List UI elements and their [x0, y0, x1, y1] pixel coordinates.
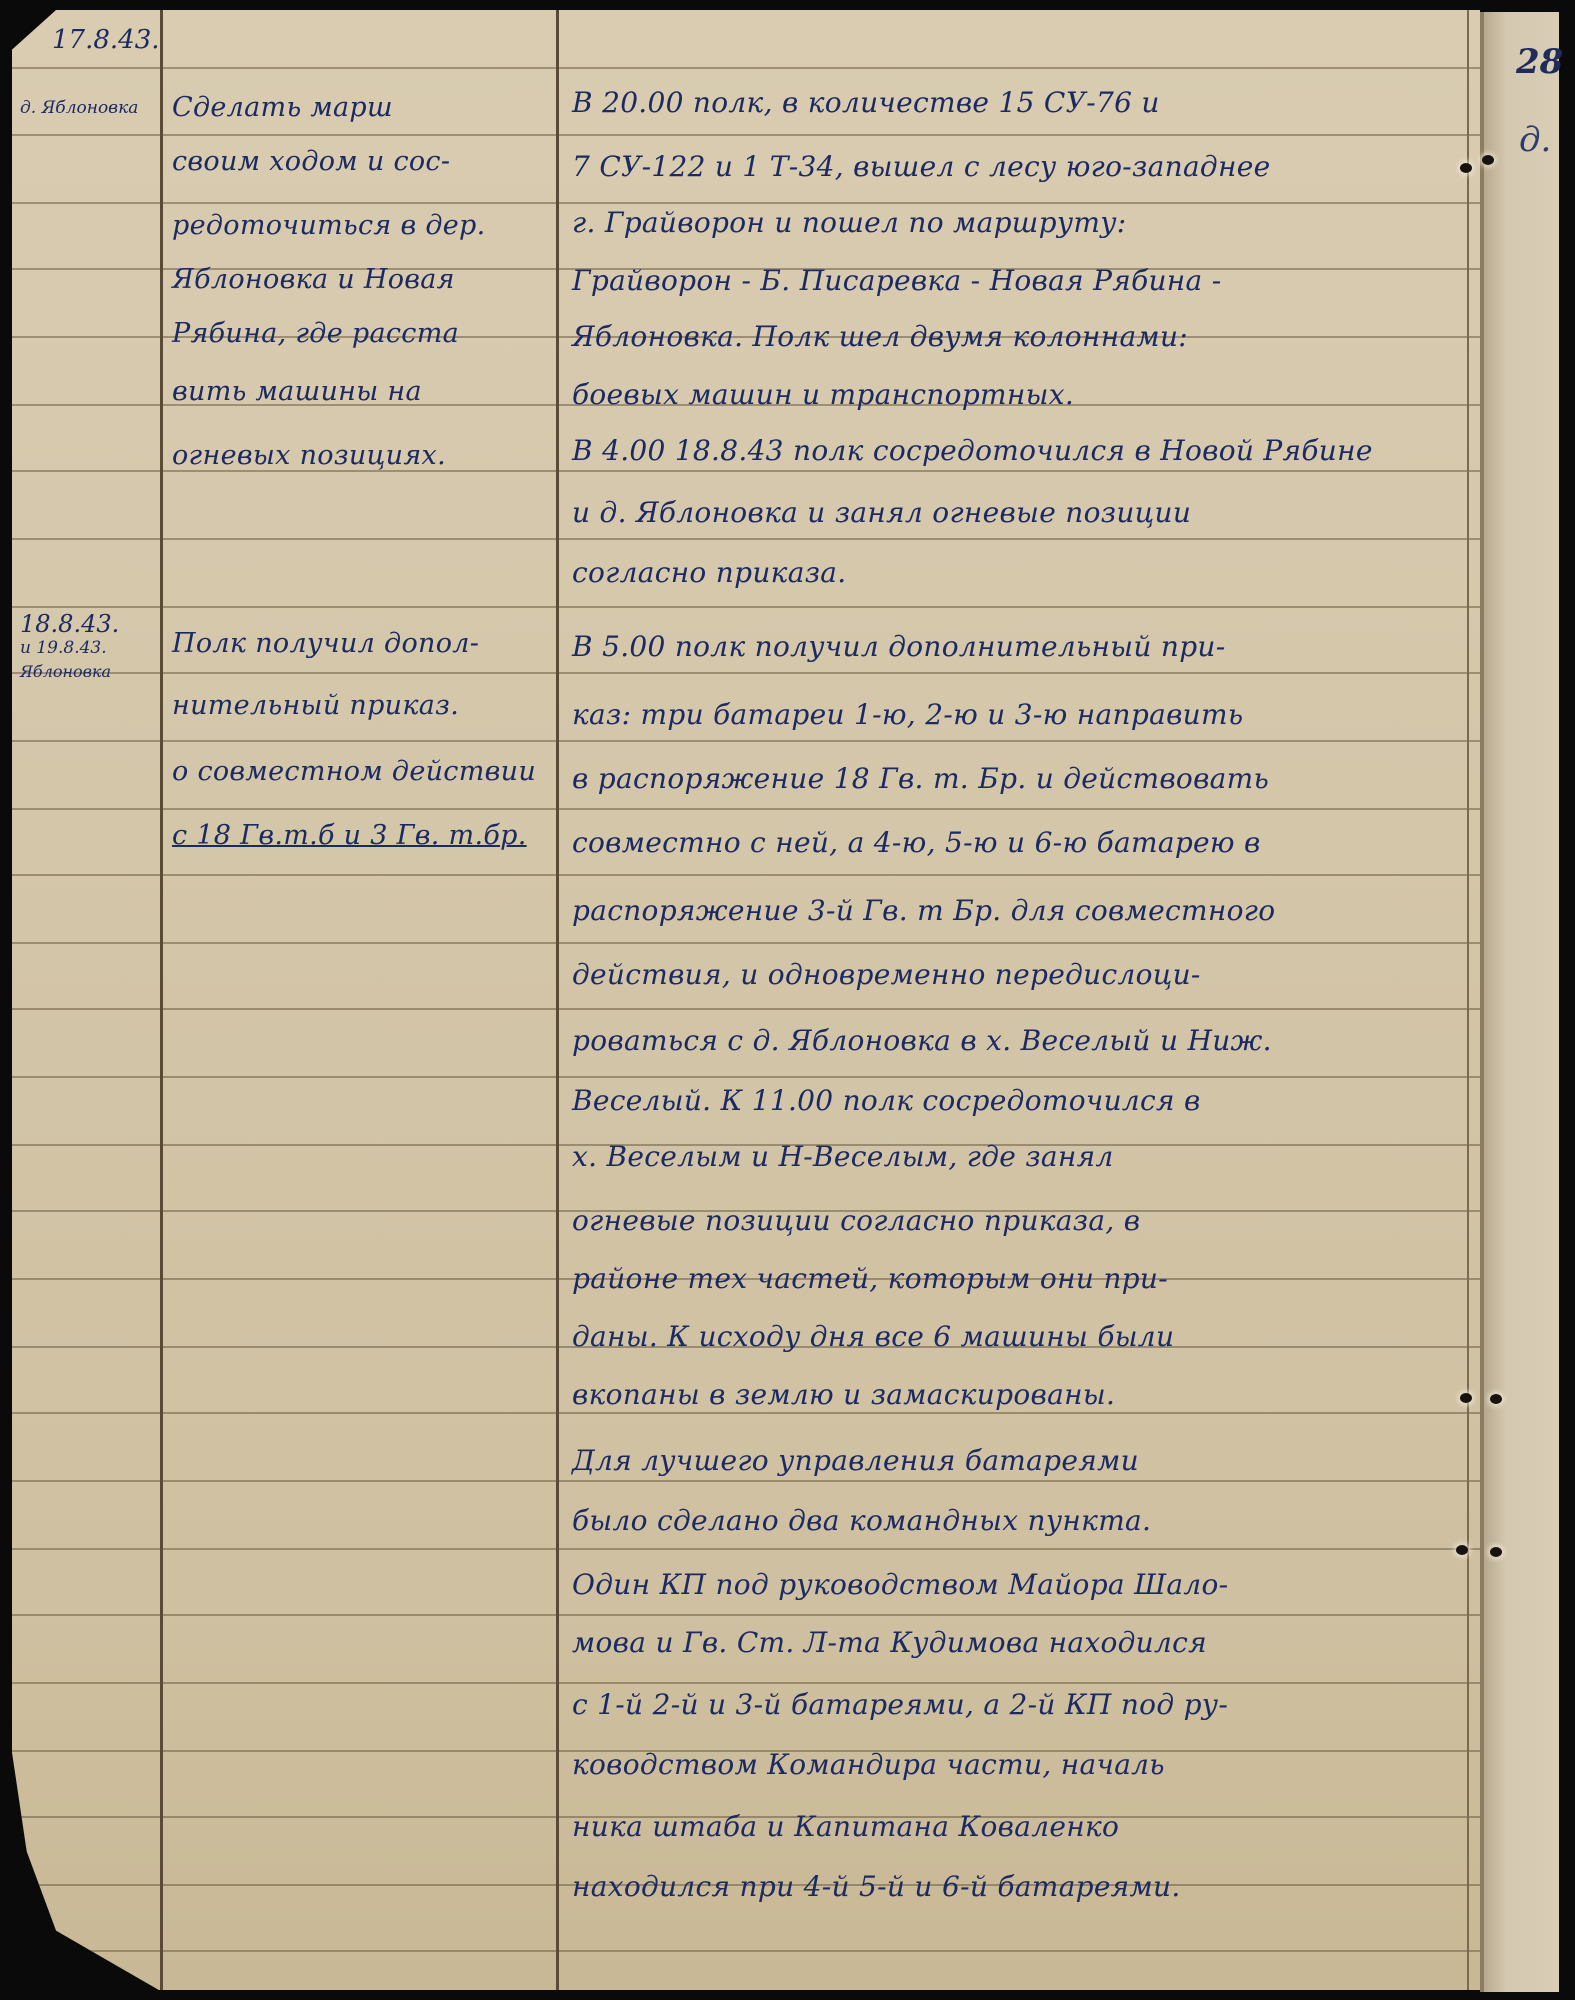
summary-line: Сделать марш [172, 92, 393, 123]
narrative-line: вкопаны в землю и замаскированы. [572, 1378, 1115, 1411]
binder-hole [1490, 1547, 1502, 1557]
narrative-line: мова и Гв. Ст. Л-та Кудимова находился [572, 1626, 1207, 1659]
narrative-line: было сделано два командных пункта. [572, 1504, 1151, 1537]
next-page-letter: д. [1519, 120, 1551, 160]
narrative-line: роваться с д. Яблоновка в х. Веселый и Н… [572, 1024, 1272, 1057]
summary-line: редоточиться в дер. [172, 210, 486, 241]
ruled-line [12, 672, 1480, 674]
ruled-line [12, 942, 1480, 944]
ruled-line [12, 1548, 1480, 1550]
ruled-line [12, 1076, 1480, 1078]
ruled-line [12, 606, 1480, 608]
narrative-line: даны. К исходу дня все 6 машины были [572, 1320, 1174, 1353]
entry-place: Яблоновка [20, 660, 170, 684]
ruled-line [12, 808, 1480, 810]
summary-line: Рябина, где расста [172, 318, 459, 349]
summary-line: огневых позициях. [172, 440, 446, 471]
narrative-line: в распоряжение 18 Гв. т. Бр. и действова… [572, 762, 1269, 795]
narrative-line: совместно с ней, а 4-ю, 5-ю и 6-ю батаре… [572, 826, 1261, 859]
ruled-line [12, 1480, 1480, 1482]
entry-date-secondary: и 19.8.43. [20, 636, 170, 660]
ruled-line [12, 740, 1480, 742]
narrative-line: каз: три батареи 1-ю, 2-ю и 3-ю направит… [572, 698, 1243, 731]
narrative-line: Веселый. К 11.00 полк сосредоточился в [572, 1084, 1201, 1117]
summary-line: Яблоновка и Новая [172, 264, 455, 295]
ruled-line [12, 1412, 1480, 1414]
narrative-line: с 1-й 2-й и 3-й батареями, а 2-й КП под … [572, 1688, 1228, 1721]
entry-1-date-column: 17.8.43. д. Яблоновка [20, 28, 170, 120]
narrative-line: г. Грайворон и пошел по маршруту: [572, 206, 1127, 239]
ruled-line [12, 134, 1480, 136]
binder-hole [1456, 1545, 1468, 1555]
column-divider-summary [556, 10, 559, 1990]
ruled-line [12, 202, 1480, 204]
next-page-edge: 28 д. [1480, 12, 1559, 1992]
narrative-line: Для лучшего управления батареями [572, 1444, 1139, 1477]
narrative-line: В 5.00 полк получил дополнительный при- [572, 630, 1226, 663]
narrative-line: В 20.00 полк, в количестве 15 СУ-76 и [572, 86, 1160, 119]
narrative-line: согласно приказа. [572, 556, 846, 589]
ruled-line [12, 67, 1480, 69]
narrative-line: Яблоновка. Полк шел двумя колоннами: [572, 320, 1188, 353]
ruled-line [12, 1008, 1480, 1010]
entry-date: 17.8.43. [20, 28, 170, 52]
narrative-line: районе тех частей, которым они при- [572, 1262, 1168, 1295]
summary-line: с 18 Гв.т.б и 3 Гв. т.бр. [172, 820, 527, 851]
summary-line: нительный приказ. [172, 690, 459, 721]
narrative-line: Грайворон - Б. Писаревка - Новая Рябина … [572, 264, 1222, 297]
narrative-line: боевых машин и транспортных. [572, 378, 1074, 411]
entry-date: 18.8.43. [20, 612, 170, 636]
ruled-line [12, 538, 1480, 540]
narrative-line: действия, и одновременно передислоци- [572, 958, 1201, 991]
next-page-number: 28 [1516, 42, 1563, 82]
summary-line: Полк получил допол- [172, 628, 479, 659]
summary-line: вить машины на [172, 376, 422, 407]
ruled-line [12, 1614, 1480, 1616]
narrative-line: огневые позиции согласно приказа, в [572, 1204, 1140, 1237]
narrative-line: х. Веселым и Н-Веселым, где занял [572, 1140, 1114, 1173]
entry-2-date-column: 18.8.43. и 19.8.43. Яблоновка [20, 612, 170, 684]
narrative-line: и д. Яблоновка и занял огневые позиции [572, 496, 1191, 529]
narrative-line: ника штаба и Капитана Коваленко [572, 1810, 1119, 1843]
ruled-line [12, 874, 1480, 876]
binder-hole [1482, 155, 1494, 165]
summary-line: своим ходом и сос- [172, 146, 450, 177]
binder-hole [1490, 1394, 1502, 1404]
narrative-line: находился при 4-й 5-й и 6-й батареями. [572, 1870, 1181, 1903]
summary-line: о совместном действии [172, 756, 536, 787]
column-divider-right [1467, 10, 1469, 1990]
narrative-line: Один КП под руководством Майора Шало- [572, 1568, 1228, 1601]
ruled-line [12, 1950, 1480, 1952]
binder-hole [1460, 163, 1472, 173]
narrative-line: ководством Командира части, началь [572, 1748, 1165, 1781]
binder-hole [1460, 1393, 1472, 1403]
column-divider-date [160, 10, 163, 1990]
narrative-line: 7 СУ-122 и 1 Т-34, вышел с лесу юго-запа… [572, 150, 1270, 183]
narrative-line: В 4.00 18.8.43 полк сосредоточился в Нов… [572, 434, 1373, 467]
ruled-line [12, 1682, 1480, 1684]
narrative-line: распоряжение 3-й Гв. т Бр. для совместно… [572, 894, 1275, 927]
entry-place: д. Яблоновка [20, 96, 170, 120]
